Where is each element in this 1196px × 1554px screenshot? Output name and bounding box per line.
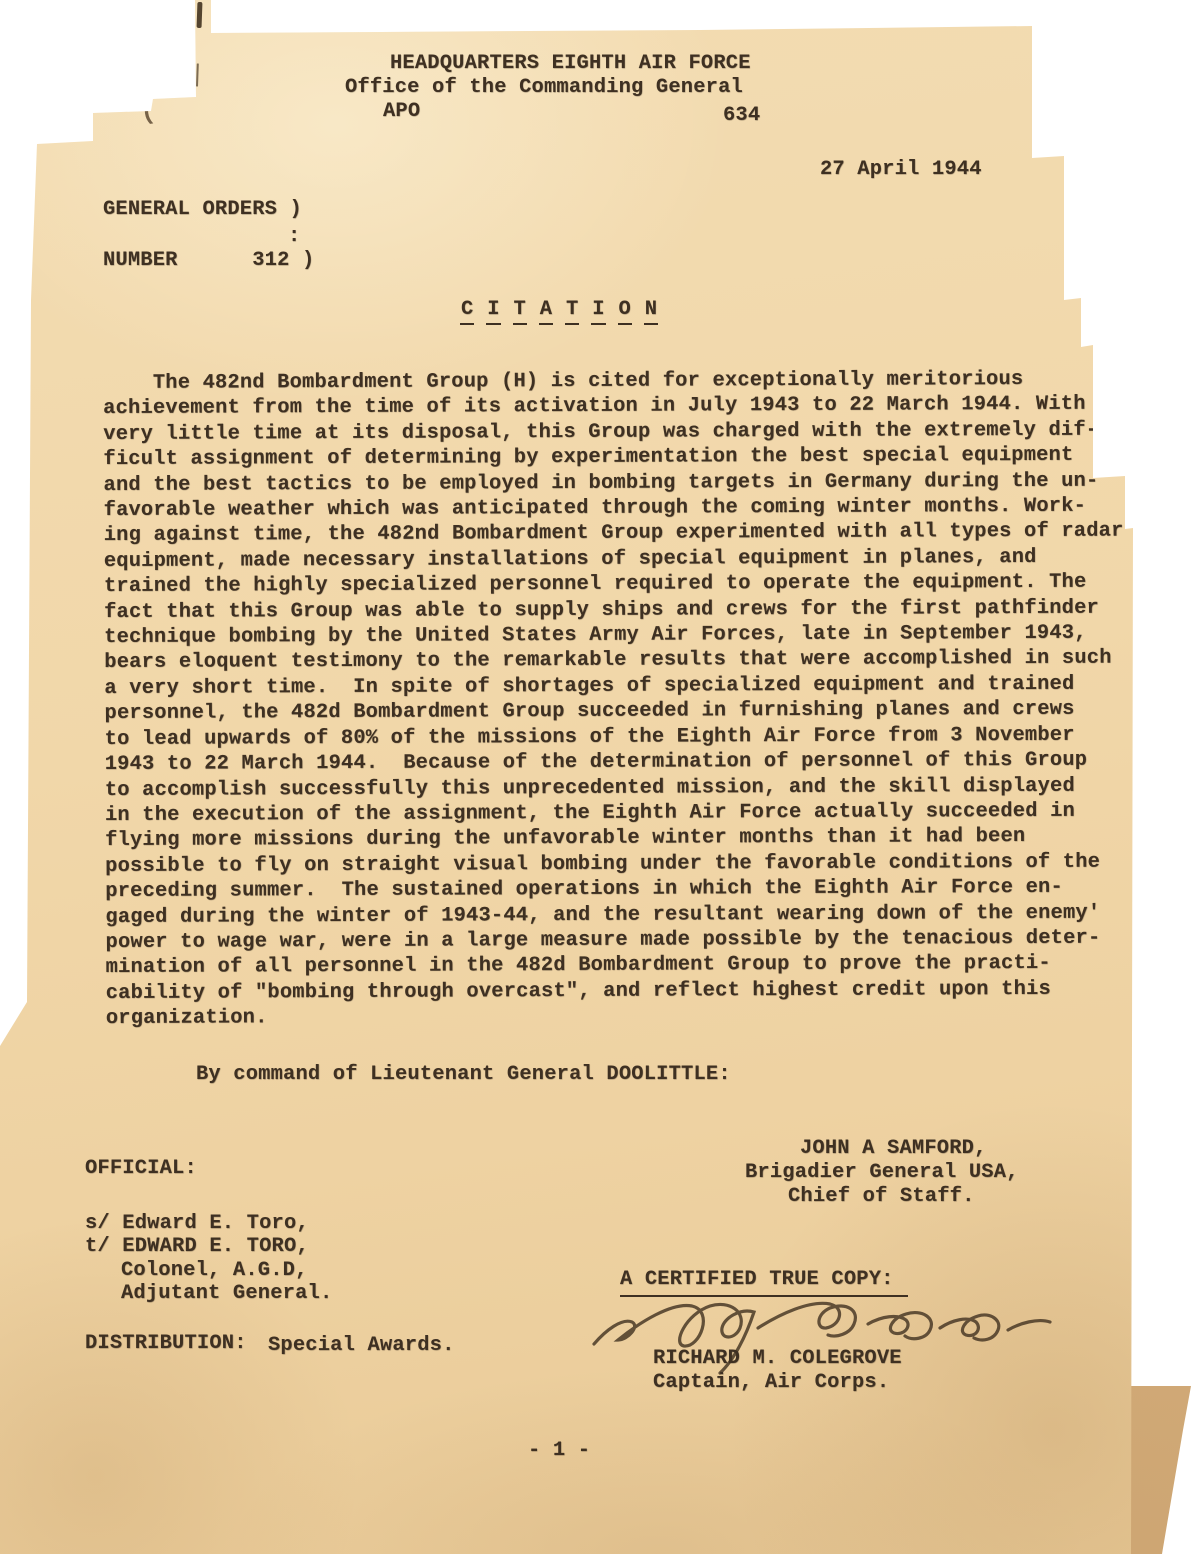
signer-title: Chief of Staff. (788, 1184, 975, 1209)
signer-name: JOHN A SAMFORD, (800, 1136, 987, 1161)
stray-pen-mark: ( (139, 99, 157, 128)
page-number: - 1 - (528, 1438, 590, 1463)
torn-edge-ink-mark (197, 2, 203, 28)
signed-line-rank: Colonel, A.G.D, (121, 1258, 308, 1283)
official-label: OFFICIAL: (85, 1156, 197, 1181)
command-line: By command of Lieutenant General DOOLITT… (196, 1062, 731, 1087)
citation-title: CITATION (460, 297, 670, 325)
letterhead-apo-label: APO (383, 99, 420, 124)
signed-line-t: t/ EDWARD E. TORO, (85, 1234, 309, 1259)
signed-line-s: s/ Edward E. Toro, (85, 1211, 309, 1236)
scanned-document: ( HEADQUARTERS EIGHTH AIR FORCE Office o… (0, 0, 1196, 1554)
letterhead-apo-number: 634 (723, 103, 760, 128)
document-date: 27 April 1944 (820, 157, 982, 182)
distribution-value: Special Awards. (268, 1333, 455, 1358)
general-orders-line: GENERAL ORDERS ) (103, 197, 302, 222)
letterhead-line-2: Office of the Commanding General (345, 75, 743, 100)
signer-rank: Brigadier General USA, (745, 1160, 1019, 1185)
certifier-title: Captain, Air Corps. (653, 1370, 889, 1395)
signed-line-title: Adjutant General. (121, 1281, 332, 1306)
document-page: ( HEADQUARTERS EIGHTH AIR FORCE Office o… (0, 0, 1196, 1554)
orders-colon: : (288, 224, 300, 249)
certifier-name: RICHARD M. COLEGROVE (653, 1346, 902, 1371)
distribution-label: DISTRIBUTION: (85, 1331, 247, 1356)
letterhead-line-1: HEADQUARTERS EIGHTH AIR FORCE (390, 51, 751, 76)
citation-body: The 482nd Bombardment Group (H) is cited… (103, 367, 1126, 1032)
orders-number-line: NUMBER 312 ) (103, 248, 314, 273)
